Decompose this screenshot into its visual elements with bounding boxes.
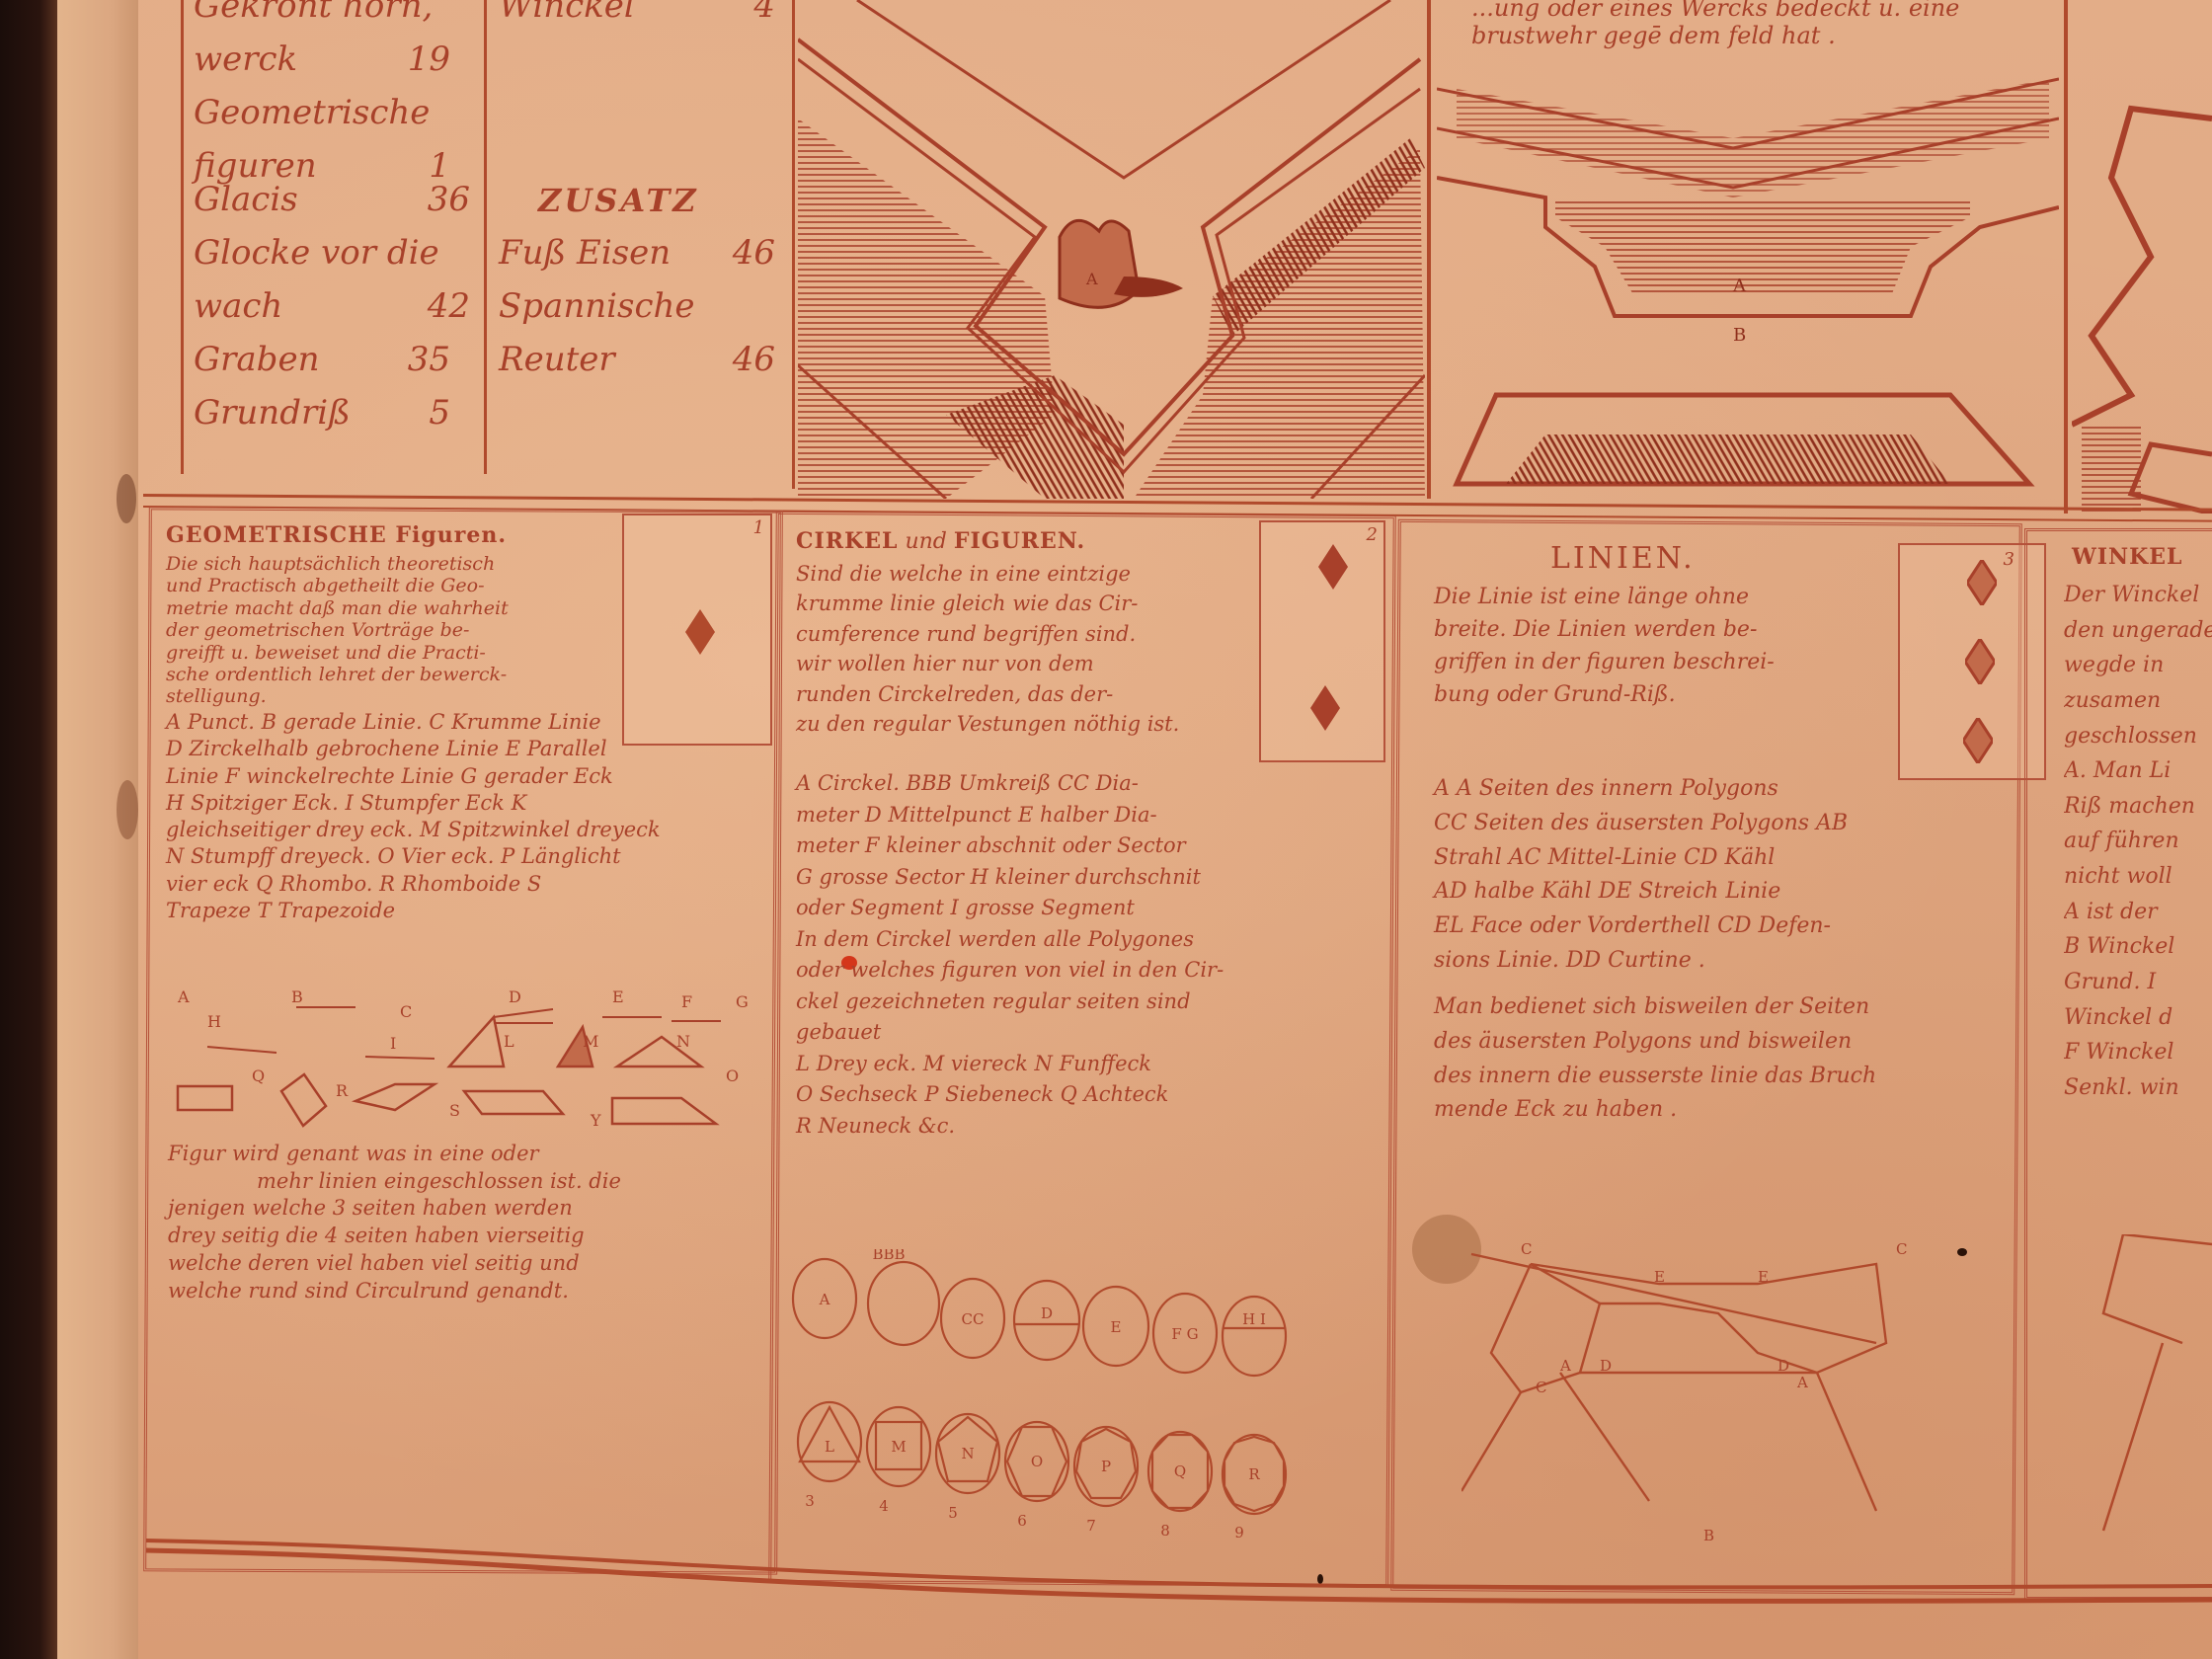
index-entry: werck19 — [194, 39, 460, 79]
svg-text:I: I — [390, 1034, 396, 1053]
index-entry: Glacis36 — [194, 180, 470, 219]
svg-text:C: C — [400, 1002, 412, 1021]
panel-divider — [2064, 0, 2068, 513]
diamond-pip-icon — [1310, 685, 1340, 731]
svg-text:L: L — [504, 1032, 514, 1051]
drawing-label: A — [1085, 270, 1098, 288]
card-title: LINIEN. — [1550, 541, 1696, 576]
index-divider-rule — [484, 0, 487, 474]
index-right-rule — [792, 0, 795, 489]
index-entry: wach42 — [194, 286, 470, 326]
svg-text:E: E — [1111, 1318, 1122, 1336]
svg-text:N: N — [961, 1445, 974, 1462]
index-entry: Winckel4 — [499, 0, 775, 26]
svg-text:A: A — [177, 987, 190, 1006]
index-entry: Geometrische — [194, 93, 430, 132]
svg-text:A: A — [1559, 1357, 1571, 1375]
angle-engraving-partial — [2084, 1234, 2212, 1540]
card-body-text: A A Seiten des innern Polygons CC Seiten… — [1434, 772, 2007, 979]
index-entry: Graben35 — [194, 340, 460, 379]
svg-text:Q: Q — [1174, 1462, 1186, 1480]
svg-text:D: D — [509, 987, 521, 1006]
plan-caption: ...ung oder eines Wercks bedeckt u. eine… — [1471, 0, 2064, 50]
stain-mark — [117, 780, 138, 839]
svg-text:B: B — [291, 987, 303, 1006]
svg-text:F: F — [681, 992, 692, 1011]
svg-text:CC: CC — [962, 1310, 985, 1328]
partial-fortress-engraving — [2072, 99, 2212, 513]
bastion-engraving: A — [798, 0, 1425, 499]
index-entry: Reuter46 — [499, 340, 775, 379]
svg-text:C: C — [1521, 1240, 1532, 1258]
page-number: 35 — [408, 340, 450, 379]
page-number: 19 — [408, 39, 450, 79]
svg-text:Y: Y — [590, 1111, 601, 1130]
svg-text:C: C — [1896, 1240, 1907, 1258]
svg-text:BBB: BBB — [872, 1249, 905, 1263]
card-title: CIRKEL und FIGUREN. — [796, 529, 1085, 555]
svg-text:3: 3 — [805, 1492, 815, 1510]
page-number: 36 — [428, 180, 470, 219]
svg-text:S: S — [449, 1101, 460, 1120]
svg-text:N: N — [676, 1032, 690, 1051]
index-entry: Glocke vor die — [194, 233, 439, 273]
drawing-label: A — [1732, 276, 1747, 296]
page-number: 42 — [428, 286, 470, 326]
card-intro-text: Die sich hauptsächlich theoretisch und P… — [166, 553, 620, 708]
svg-text:E: E — [1758, 1268, 1769, 1286]
page-number: 4 — [753, 0, 775, 26]
svg-text:D: D — [1041, 1304, 1053, 1322]
card-body-text: Der Winckel den ungeraden wegde in zusam… — [2064, 578, 2212, 1105]
playing-card-inset: 2 — [1259, 520, 1385, 762]
svg-text:M: M — [583, 1032, 598, 1051]
page-number: 46 — [733, 340, 775, 379]
card-number: 2 — [1367, 524, 1378, 545]
svg-text:R: R — [1248, 1465, 1260, 1483]
card-title: WINKEL — [2072, 545, 2182, 571]
card-number: 3 — [2004, 549, 2014, 570]
svg-text:5: 5 — [948, 1504, 958, 1522]
panel-divider — [1427, 0, 1431, 499]
svg-text:D: D — [1777, 1357, 1789, 1375]
drawing-label: B — [1733, 325, 1746, 346]
svg-text:Q: Q — [252, 1066, 265, 1085]
svg-text:M: M — [891, 1438, 906, 1456]
svg-text:E: E — [612, 987, 624, 1006]
card-title: GEOMETRISCHE Figuren. — [166, 523, 507, 549]
card-intro-text: Sind die welche in eine eintzige krumme … — [796, 559, 1250, 740]
svg-text:O: O — [1031, 1453, 1043, 1470]
svg-text:O: O — [726, 1066, 739, 1085]
dark-background-edge — [0, 0, 57, 1659]
diamond-pip-icon — [1963, 718, 1993, 763]
sheet-bottom-border — [138, 1521, 2212, 1610]
page-number: 5 — [429, 393, 450, 433]
index-entry: Fuß Eisen46 — [499, 233, 775, 273]
diamond-pip-icon — [1965, 639, 1995, 684]
svg-text:E: E — [1654, 1268, 1665, 1286]
card-intro-text: Die Linie ist eine länge ohne breite. Di… — [1434, 581, 1868, 711]
stain-mark — [117, 474, 136, 523]
svg-text:C: C — [1536, 1379, 1546, 1396]
index-entry: Grundriß5 — [194, 393, 460, 433]
diamond-pip-icon — [685, 609, 715, 655]
svg-text:A: A — [1796, 1374, 1808, 1391]
svg-text:G: G — [736, 992, 749, 1011]
fortress-plan-engraving: A B — [1437, 69, 2059, 504]
polygon-lines-engraving: C E E C A D D A C B — [1461, 1224, 1975, 1550]
page-number: 46 — [733, 233, 775, 273]
svg-text:R: R — [336, 1081, 349, 1100]
svg-text:H I: H I — [1242, 1310, 1266, 1328]
card-number: 1 — [753, 517, 764, 538]
card-body-text: A Punct. B gerade Linie. C Krumme Linie … — [166, 709, 768, 924]
diamond-pip-icon — [1318, 544, 1348, 590]
supplement-heading: ZUSATZ — [538, 182, 699, 219]
geometric-figures-engraving: A H B C I D L E M F N G O Q R S Y — [168, 987, 770, 1136]
svg-text:F G: F G — [1171, 1325, 1198, 1343]
svg-text:H: H — [207, 1012, 221, 1031]
card-footer-text: Man bedienet sich bisweilen der Seiten d… — [1434, 990, 2007, 1128]
svg-text:L: L — [825, 1438, 834, 1456]
svg-text:4: 4 — [879, 1497, 889, 1515]
svg-text:D: D — [1600, 1357, 1612, 1375]
index-entry: Spannische — [499, 286, 695, 326]
diamond-pip-icon — [1967, 560, 1997, 605]
circles-and-polygons-engraving: A BBB CC D E F G H I L M N O P Q R 3 4 5… — [785, 1249, 1378, 1545]
index-left-rule — [181, 0, 184, 474]
svg-text:A: A — [819, 1291, 830, 1308]
index-entry: Gekrönt horn, — [194, 0, 433, 26]
card-body-text: A Circkel. BBB Umkreiß CC Dia- meter D M… — [796, 768, 1383, 1142]
card-footer-text: Figur wird genant was in eine oder mehr … — [168, 1141, 760, 1304]
svg-text:P: P — [1101, 1458, 1111, 1475]
